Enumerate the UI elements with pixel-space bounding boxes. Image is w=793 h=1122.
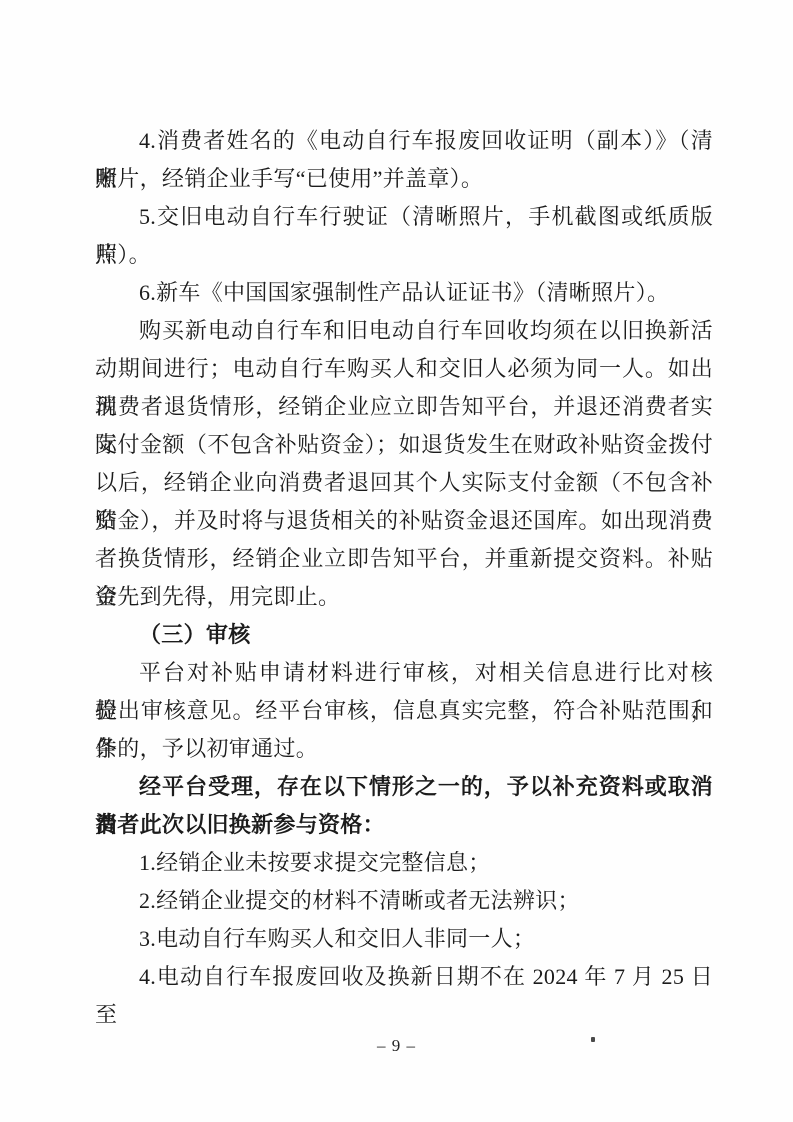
section-heading: （三）审核 — [95, 616, 713, 654]
text-line: 1.经销企业未按要求提交完整信息； — [95, 844, 713, 882]
text-line: 5.交旧电动自行车行驶证（清晰照片，手机截图或纸质版照 — [95, 198, 713, 236]
text-line-emphasis: 经平台受理，存在以下情形之一的，予以补充资料或取消消 — [95, 768, 713, 806]
page-number: – 9 – — [0, 1034, 793, 1058]
document-body: 4.消费者姓名的《电动自行车报废回收证明（副本）》（清晰 照片，经销企业手写“已… — [95, 122, 713, 996]
text-line: 动期间进行；电动自行车购买人和交旧人必须为同一人。如出现 — [95, 350, 713, 388]
text-line: 提出审核意见。经平台审核，信息真实完整，符合补贴范围和条 — [95, 692, 713, 730]
text-line: 金先到先得，用完即止。 — [95, 578, 713, 616]
text-line: 4.电动自行车报废回收及换新日期不在 2024 年 7 月 25 日至 — [95, 958, 713, 996]
text-line: 购买新电动自行车和旧电动自行车回收均须在以旧换新活 — [95, 312, 713, 350]
text-line: 支付金额（不包含补贴资金）；如退货发生在财政补贴资金拨付 — [95, 426, 713, 464]
scan-speck-artifact — [591, 1037, 595, 1042]
text-line: 片）。 — [95, 236, 713, 274]
text-line: 消费者退货情形，经销企业应立即告知平台，并退还消费者实际 — [95, 388, 713, 426]
text-line: 6.新车《中国国家强制性产品认证证书》（清晰照片）。 — [95, 274, 713, 312]
text-line: 件的，予以初审通过。 — [95, 730, 713, 768]
text-line-emphasis: 费者此次以旧换新参与资格： — [95, 806, 713, 844]
text-line: 者换货情形，经销企业立即告知平台，并重新提交资料。补贴资 — [95, 540, 713, 578]
text-line: 2.经销企业提交的材料不清晰或者无法辨识； — [95, 882, 713, 920]
text-line: 照片，经销企业手写“已使用”并盖章）。 — [95, 160, 713, 198]
text-line: 平台对补贴申请材料进行审核，对相关信息进行比对核验， — [95, 654, 713, 692]
text-line: 资金），并及时将与退货相关的补贴资金退还国库。如出现消费 — [95, 502, 713, 540]
text-line: 3.电动自行车购买人和交旧人非同一人； — [95, 920, 713, 958]
text-line: 4.消费者姓名的《电动自行车报废回收证明（副本）》（清晰 — [95, 122, 713, 160]
text-line: 以后，经销企业向消费者退回其个人实际支付金额（不包含补贴 — [95, 464, 713, 502]
document-page: 4.消费者姓名的《电动自行车报废回收证明（副本）》（清晰 照片，经销企业手写“已… — [0, 0, 793, 1122]
